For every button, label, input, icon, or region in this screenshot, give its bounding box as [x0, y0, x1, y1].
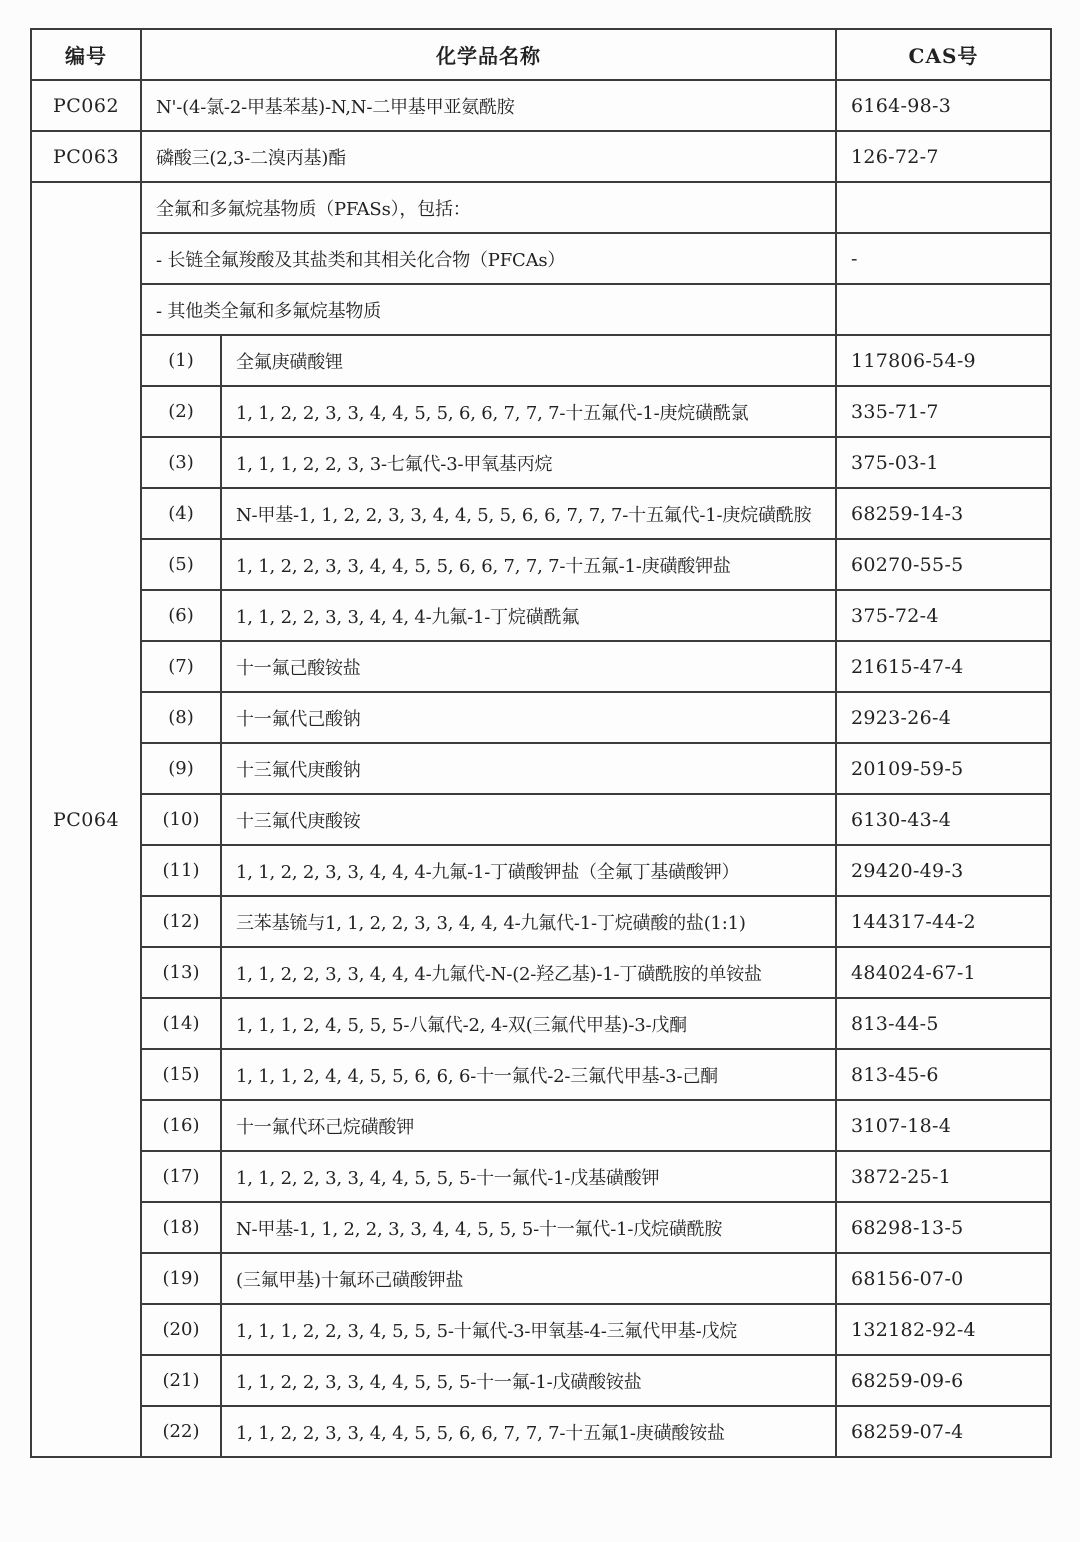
row-chemical-name: 三苯基锍与1, 1, 2, 2, 3, 3, 4, 4, 4-九氟代-1-丁烷磺…: [221, 896, 836, 947]
row-cas-number: 484024-67-1: [836, 947, 1051, 998]
table-row-pc062: PC062 N'-(4-氯-2-甲基苯基)-N,N-二甲基甲亚氨酰胺 6164-…: [31, 80, 1051, 131]
group-intro-row: - 其他类全氟和多氟烷基物质: [31, 284, 1051, 335]
row-chemical-name: 1, 1, 1, 2, 2, 3, 4, 5, 5, 5-十氟代-3-甲氧基-4…: [221, 1304, 836, 1355]
row-item-number: (21): [141, 1355, 221, 1406]
row-item-number: (6): [141, 590, 221, 641]
group-subcategory: - 长链全氟羧酸及其盐类和其相关化合物（PFCAs）: [141, 233, 836, 284]
row-cas-number: 68259-09-6: [836, 1355, 1051, 1406]
row-chemical-name: 全氟庚磺酸锂: [221, 335, 836, 386]
row-cas-number: 29420-49-3: [836, 845, 1051, 896]
numbered-row: (15) 1, 1, 1, 2, 4, 4, 5, 5, 6, 6, 6-十一氟…: [31, 1049, 1051, 1100]
row-chemical-name: 1, 1, 1, 2, 2, 3, 3-七氟代-3-甲氧基丙烷: [221, 437, 836, 488]
numbered-row: (3) 1, 1, 1, 2, 2, 3, 3-七氟代-3-甲氧基丙烷 375-…: [31, 437, 1051, 488]
numbered-row: (4) N-甲基-1, 1, 2, 2, 3, 3, 4, 4, 5, 5, 6…: [31, 488, 1051, 539]
row-item-number: (14): [141, 998, 221, 1049]
row-cas-number: 68298-13-5: [836, 1202, 1051, 1253]
row-item-number: (22): [141, 1406, 221, 1457]
numbered-row: (7) 十一氟己酸铵盐 21615-47-4: [31, 641, 1051, 692]
row-item-number: (13): [141, 947, 221, 998]
row-cas-number: 6164-98-3: [836, 80, 1051, 131]
row-cas-number: 20109-59-5: [836, 743, 1051, 794]
row-chemical-name: 1, 1, 2, 2, 3, 3, 4, 4, 5, 5, 6, 6, 7, 7…: [221, 539, 836, 590]
row-chemical-name: 1, 1, 2, 2, 3, 3, 4, 4, 4-九氟代-N-(2-羟乙基)-…: [221, 947, 836, 998]
row-chemical-name: 十三氟代庚酸铵: [221, 794, 836, 845]
row-cas-number: 68156-07-0: [836, 1253, 1051, 1304]
numbered-row: (6) 1, 1, 2, 2, 3, 3, 4, 4, 4-九氟-1-丁烷磺酰氟…: [31, 590, 1051, 641]
row-cas-number: 3107-18-4: [836, 1100, 1051, 1151]
row-item-number: (17): [141, 1151, 221, 1202]
row-item-number: (1): [141, 335, 221, 386]
row-cas-number: 68259-14-3: [836, 488, 1051, 539]
group-title: 全氟和多氟烷基物质（PFASs），包括：: [141, 182, 836, 233]
numbered-row: (2) 1, 1, 2, 2, 3, 3, 4, 4, 5, 5, 6, 6, …: [31, 386, 1051, 437]
table-header-row: 编号 化学品名称 CAS号: [31, 29, 1051, 80]
row-cas-number: 813-44-5: [836, 998, 1051, 1049]
row-chemical-name: 十三氟代庚酸钠: [221, 743, 836, 794]
row-cas-number: 126-72-7: [836, 131, 1051, 182]
header-cas: CAS号: [836, 29, 1051, 80]
chemical-list-table: 编号 化学品名称 CAS号 PC062 N'-(4-氯-2-甲基苯基)-N,N-…: [30, 28, 1052, 1458]
row-chemical-name: 1, 1, 1, 2, 4, 4, 5, 5, 6, 6, 6-十一氟代-2-三…: [221, 1049, 836, 1100]
row-item-number: (3): [141, 437, 221, 488]
row-item-number: (12): [141, 896, 221, 947]
row-item-number: (10): [141, 794, 221, 845]
row-chemical-name: 十一氟己酸铵盐: [221, 641, 836, 692]
row-item-number: (2): [141, 386, 221, 437]
row-item-number: (4): [141, 488, 221, 539]
document-page: 编号 化学品名称 CAS号 PC062 N'-(4-氯-2-甲基苯基)-N,N-…: [0, 0, 1080, 1542]
row-item-number: (11): [141, 845, 221, 896]
header-chemical-name: 化学品名称: [141, 29, 836, 80]
numbered-row: (21) 1, 1, 2, 2, 3, 3, 4, 4, 5, 5, 5-十一氟…: [31, 1355, 1051, 1406]
row-chemical-name: N-甲基-1, 1, 2, 2, 3, 3, 4, 4, 5, 5, 5-十一氟…: [221, 1202, 836, 1253]
numbered-row: (9) 十三氟代庚酸钠 20109-59-5: [31, 743, 1051, 794]
numbered-row: (18) N-甲基-1, 1, 2, 2, 3, 3, 4, 4, 5, 5, …: [31, 1202, 1051, 1253]
numbered-row: (20) 1, 1, 1, 2, 2, 3, 4, 5, 5, 5-十氟代-3-…: [31, 1304, 1051, 1355]
group-subcategory: - 其他类全氟和多氟烷基物质: [141, 284, 836, 335]
row-cas-number: 6130-43-4: [836, 794, 1051, 845]
row-cas-number: 335-71-7: [836, 386, 1051, 437]
row-cas-number: 375-72-4: [836, 590, 1051, 641]
row-cas-number: 132182-92-4: [836, 1304, 1051, 1355]
row-chemical-name: 1, 1, 2, 2, 3, 3, 4, 4, 4-九氟-1-丁磺酸钾盐（全氟丁…: [221, 845, 836, 896]
row-cas-number: 117806-54-9: [836, 335, 1051, 386]
row-chemical-name: 1, 1, 2, 2, 3, 3, 4, 4, 5, 5, 6, 6, 7, 7…: [221, 386, 836, 437]
group-code-pc064: PC064: [31, 182, 141, 1457]
row-item-number: (16): [141, 1100, 221, 1151]
row-cas-number: 21615-47-4: [836, 641, 1051, 692]
row-cas-number: 60270-55-5: [836, 539, 1051, 590]
row-item-number: (9): [141, 743, 221, 794]
row-cas-number: [836, 182, 1051, 233]
row-chemical-name: 1, 1, 2, 2, 3, 3, 4, 4, 5, 5, 5-十一氟代-1-戊…: [221, 1151, 836, 1202]
row-cas-number: [836, 284, 1051, 335]
row-cas-number: 813-45-6: [836, 1049, 1051, 1100]
row-item-number: (19): [141, 1253, 221, 1304]
row-cas-number: 144317-44-2: [836, 896, 1051, 947]
row-code: PC063: [31, 131, 141, 182]
row-code: PC062: [31, 80, 141, 131]
table-body: PC062 N'-(4-氯-2-甲基苯基)-N,N-二甲基甲亚氨酰胺 6164-…: [31, 80, 1051, 1457]
numbered-row: (17) 1, 1, 2, 2, 3, 3, 4, 4, 5, 5, 5-十一氟…: [31, 1151, 1051, 1202]
row-chemical-name: 十一氟代环己烷磺酸钾: [221, 1100, 836, 1151]
numbered-row: (11) 1, 1, 2, 2, 3, 3, 4, 4, 4-九氟-1-丁磺酸钾…: [31, 845, 1051, 896]
numbered-row: (19) (三氟甲基)十氟环己磺酸钾盐 68156-07-0: [31, 1253, 1051, 1304]
row-item-number: (5): [141, 539, 221, 590]
numbered-row: (12) 三苯基锍与1, 1, 2, 2, 3, 3, 4, 4, 4-九氟代-…: [31, 896, 1051, 947]
numbered-row: (8) 十一氟代己酸钠 2923-26-4: [31, 692, 1051, 743]
row-chemical-name: N'-(4-氯-2-甲基苯基)-N,N-二甲基甲亚氨酰胺: [141, 80, 836, 131]
row-cas-number: 68259-07-4: [836, 1406, 1051, 1457]
row-chemical-name: 1, 1, 2, 2, 3, 3, 4, 4, 5, 5, 6, 6, 7, 7…: [221, 1406, 836, 1457]
row-item-number: (18): [141, 1202, 221, 1253]
row-chemical-name: 1, 1, 2, 2, 3, 3, 4, 4, 5, 5, 5-十一氟-1-戊磺…: [221, 1355, 836, 1406]
group-intro-row: - 长链全氟羧酸及其盐类和其相关化合物（PFCAs） -: [31, 233, 1051, 284]
numbered-row: (22) 1, 1, 2, 2, 3, 3, 4, 4, 5, 5, 6, 6,…: [31, 1406, 1051, 1457]
row-item-number: (7): [141, 641, 221, 692]
numbered-row: (10) 十三氟代庚酸铵 6130-43-4: [31, 794, 1051, 845]
numbered-row: (14) 1, 1, 1, 2, 4, 5, 5, 5-八氟代-2, 4-双(三…: [31, 998, 1051, 1049]
row-item-number: (8): [141, 692, 221, 743]
row-cas-number: 2923-26-4: [836, 692, 1051, 743]
group-intro-row: PC064 全氟和多氟烷基物质（PFASs），包括：: [31, 182, 1051, 233]
row-cas-number: 3872-25-1: [836, 1151, 1051, 1202]
row-chemical-name: (三氟甲基)十氟环己磺酸钾盐: [221, 1253, 836, 1304]
row-chemical-name: 磷酸三(2,3-二溴丙基)酯: [141, 131, 836, 182]
row-chemical-name: 1, 1, 1, 2, 4, 5, 5, 5-八氟代-2, 4-双(三氟代甲基)…: [221, 998, 836, 1049]
row-chemical-name: 1, 1, 2, 2, 3, 3, 4, 4, 4-九氟-1-丁烷磺酰氟: [221, 590, 836, 641]
row-cas-number: -: [836, 233, 1051, 284]
row-cas-number: 375-03-1: [836, 437, 1051, 488]
numbered-row: (13) 1, 1, 2, 2, 3, 3, 4, 4, 4-九氟代-N-(2-…: [31, 947, 1051, 998]
numbered-row: (5) 1, 1, 2, 2, 3, 3, 4, 4, 5, 5, 6, 6, …: [31, 539, 1051, 590]
row-item-number: (15): [141, 1049, 221, 1100]
numbered-row: (16) 十一氟代环己烷磺酸钾 3107-18-4: [31, 1100, 1051, 1151]
row-chemical-name: 十一氟代己酸钠: [221, 692, 836, 743]
table-row-pc063: PC063 磷酸三(2,3-二溴丙基)酯 126-72-7: [31, 131, 1051, 182]
header-code: 编号: [31, 29, 141, 80]
numbered-row: (1) 全氟庚磺酸锂 117806-54-9: [31, 335, 1051, 386]
row-chemical-name: N-甲基-1, 1, 2, 2, 3, 3, 4, 4, 5, 5, 6, 6,…: [221, 488, 836, 539]
row-item-number: (20): [141, 1304, 221, 1355]
